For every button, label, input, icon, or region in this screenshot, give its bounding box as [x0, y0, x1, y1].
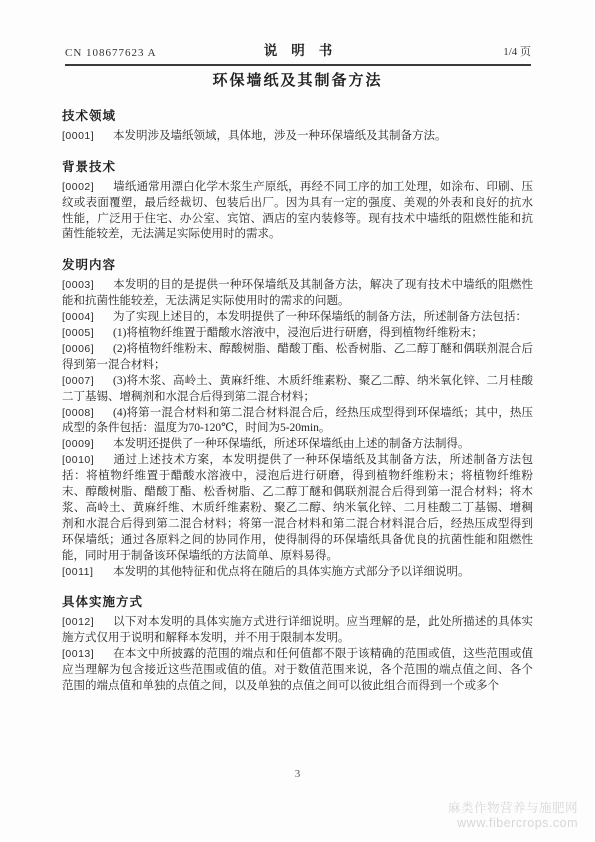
watermark-site-name: 麻类作物营养与施肥网 [448, 801, 578, 816]
paragraph-number: [0002] [62, 180, 98, 196]
numbered-paragraph: [0002]墙纸通常用漂白化学木浆生产原纸，再经不同工序的加工处理，如涂布、印刷… [62, 180, 533, 244]
paragraph-number: [0004] [62, 310, 98, 326]
paragraph-text: (2)将植物纤维粉末、醇酸树脂、醋酸丁酯、松香树脂、乙二醇丁醚和偶联剂混合后得到… [62, 343, 533, 371]
paragraph-text: 本发明的其他特征和优点将在随后的具体实施方式部分予以详细说明。 [113, 566, 470, 578]
section-heading: 具体实施方式 [62, 595, 533, 611]
page-number: 3 [0, 768, 595, 780]
paragraph-text: (3)将木浆、高岭土、黄麻纤维、木质纤维素粉、聚乙二醇、纳米氧化锌、二月桂酸二丁… [62, 375, 533, 403]
paragraph-number: [0010] [62, 453, 98, 469]
numbered-paragraph: [0007](3)将木浆、高岭土、黄麻纤维、木质纤维素粉、聚乙二醇、纳米氧化锌、… [62, 374, 533, 406]
watermark-site-url: www.fibercrops.com [448, 816, 578, 831]
doc-section: 发明内容[0003]本发明的目的是提供一种环保墙纸及其制备方法，解决了现有技术中… [62, 258, 533, 580]
section-heading: 技术领域 [62, 109, 533, 125]
numbered-paragraph: [0011]本发明的其他特征和优点将在随后的具体实施方式部分予以详细说明。 [62, 565, 533, 581]
patent-page: CN 108677623 A 说明书 1/4 页 环保墙纸及其制备方法 技术领域… [0, 0, 595, 842]
paragraph-number: [0013] [62, 647, 98, 663]
paragraph-number: [0006] [62, 342, 98, 358]
paragraph-number: [0007] [62, 374, 98, 390]
paragraph-number: [0008] [62, 406, 98, 422]
document-body: 技术领域[0001]本发明涉及墙纸领域，具体地，涉及一种环保墙纸及其制备方法。背… [62, 109, 533, 695]
document-number: CN 108677623 A [65, 47, 225, 59]
invention-title: 环保墙纸及其制备方法 [0, 69, 595, 90]
paragraph-text: 墙纸通常用漂白化学木浆生产原纸，再经不同工序的加工处理，如涂布、印刷、压纹或表面… [62, 181, 533, 241]
section-heading: 背景技术 [62, 160, 533, 176]
paragraph-text: (1)将植物纤维置于醋酸水溶液中，浸泡后进行研磨，得到植物纤维粉末； [113, 327, 483, 339]
paragraph-text: 在本文中所披露的范围的端点和任何值都不限于该精确的范围或值，这些范围或值应当理解… [62, 648, 533, 692]
doc-section: 具体实施方式[0012]以下对本发明的具体实施方式进行详细说明。应当理解的是，此… [62, 595, 533, 694]
paragraph-text: (4)将第一混合材料和第二混合材料混合后，经热压成型得到环保墙纸；其中，热压成型… [62, 407, 533, 435]
paragraph-number: [0003] [62, 278, 98, 294]
paragraph-number: [0005] [62, 326, 98, 342]
paragraph-text: 为了实现上述目的，本发明提供了一种环保墙纸的制备方法，所述制备方法包括： [113, 311, 527, 323]
document-type-label: 说明书 [225, 39, 385, 59]
watermark: 麻类作物营养与施肥网 www.fibercrops.com [448, 801, 578, 830]
page-indicator: 1/4 页 [371, 43, 531, 59]
numbered-paragraph: [0001]本发明涉及墙纸领域，具体地，涉及一种环保墙纸及其制备方法。 [62, 129, 533, 145]
paragraph-text: 通过上述技术方案，本发明提供了一种环保墙纸及其制备方法，所述制备方法包括：将植物… [62, 454, 533, 561]
paragraph-text: 本发明的目的是提供一种环保墙纸及其制备方法，解决了现有技术中墙纸的阻燃性能和抗菌… [62, 279, 533, 307]
paragraph-number: [0012] [62, 615, 98, 631]
numbered-paragraph: [0013]在本文中所披露的范围的端点和任何值都不限于该精确的范围或值，这些范围… [62, 647, 533, 695]
numbered-paragraph: [0003]本发明的目的是提供一种环保墙纸及其制备方法，解决了现有技术中墙纸的阻… [62, 278, 533, 310]
section-heading: 发明内容 [62, 258, 533, 274]
numbered-paragraph: [0010]通过上述技术方案，本发明提供了一种环保墙纸及其制备方法，所述制备方法… [62, 453, 533, 564]
numbered-paragraph: [0005](1)将植物纤维置于醋酸水溶液中，浸泡后进行研磨，得到植物纤维粉末； [62, 326, 533, 342]
numbered-paragraph: [0006](2)将植物纤维粉末、醇酸树脂、醋酸丁酯、松香树脂、乙二醇丁醚和偶联… [62, 342, 533, 374]
numbered-paragraph: [0012]以下对本发明的具体实施方式进行详细说明。应当理解的是，此处所描述的具… [62, 615, 533, 647]
page-header: CN 108677623 A 说明书 1/4 页 [65, 39, 531, 66]
paragraph-number: [0009] [62, 437, 98, 453]
paragraph-text: 以下对本发明的具体实施方式进行详细说明。应当理解的是，此处所描述的具体实施方式仅… [62, 616, 533, 644]
paragraph-number: [0001] [62, 129, 98, 145]
paragraph-text: 本发明涉及墙纸领域，具体地，涉及一种环保墙纸及其制备方法。 [113, 130, 447, 142]
doc-section: 背景技术[0002]墙纸通常用漂白化学木浆生产原纸，再经不同工序的加工处理，如涂… [62, 160, 533, 244]
paragraph-number: [0011] [62, 565, 98, 581]
paragraph-text: 本发明还提供了一种环保墙纸，所述环保墙纸由上述的制备方法制得。 [113, 438, 470, 450]
numbered-paragraph: [0008](4)将第一混合材料和第二混合材料混合后，经热压成型得到环保墙纸；其… [62, 406, 533, 438]
numbered-paragraph: [0009]本发明还提供了一种环保墙纸，所述环保墙纸由上述的制备方法制得。 [62, 437, 533, 453]
numbered-paragraph: [0004]为了实现上述目的，本发明提供了一种环保墙纸的制备方法，所述制备方法包… [62, 310, 533, 326]
doc-section: 技术领域[0001]本发明涉及墙纸领域，具体地，涉及一种环保墙纸及其制备方法。 [62, 109, 533, 145]
